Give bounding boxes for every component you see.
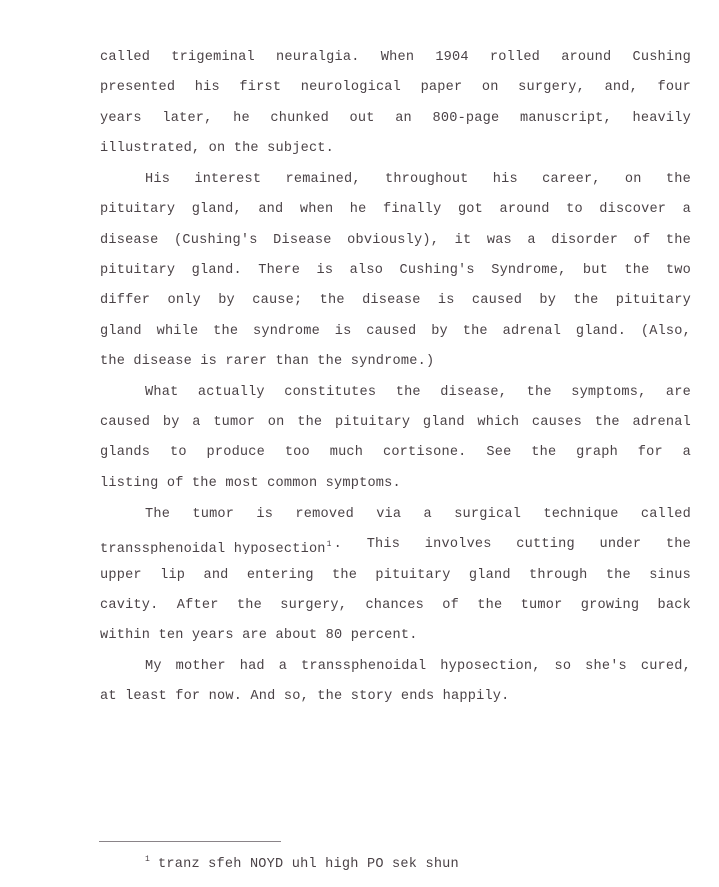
text-line: called trigeminal neuralgia. When 1904 r… (100, 49, 691, 67)
text-line: pituitary gland. There is also Cushing's… (100, 262, 691, 280)
text-line: What actually constitutes the disease, t… (145, 384, 691, 402)
text-line: cavity. After the surgery, chances of th… (100, 597, 691, 615)
text-line: illustrated, on the subject. (100, 140, 691, 158)
footnote-anchor-text: transsphenoidal hyposection1 (100, 536, 332, 554)
text-line: The tumor is removed via a surgical tech… (145, 506, 691, 524)
text-line: upper lip and entering the pituitary gla… (100, 567, 691, 585)
document-page: called trigeminal neuralgia. When 1904 r… (0, 0, 719, 887)
text-line: My mother had a transsphenoidal hyposect… (145, 658, 691, 676)
text-line: the disease is rarer than the syndrome.) (100, 353, 691, 371)
text-line: differ only by cause; the disease is cau… (100, 292, 691, 310)
text-line: pituitary gland, and when he finally got… (100, 201, 691, 219)
footnote-separator (99, 841, 281, 842)
text-line: at least for now. And so, the story ends… (100, 688, 691, 706)
text-line: caused by a tumor on the pituitary gland… (100, 414, 691, 432)
text-line: His interest remained, throughout his ca… (145, 171, 691, 189)
footnote-marker: 1 (145, 855, 150, 864)
line-remainder: . This involves cutting under the (334, 536, 691, 554)
text-line: listing of the most common symptoms. (100, 475, 691, 493)
footnote: 1tranz sfeh NOYD uhl high PO sek shun (145, 851, 459, 874)
text-line: gland while the syndrome is caused by th… (100, 323, 691, 341)
text-line: presented his first neurological paper o… (100, 79, 691, 97)
text-line: disease (Cushing's Disease obviously), i… (100, 232, 691, 250)
footnote-text: tranz sfeh NOYD uhl high PO sek shun (158, 857, 459, 872)
text-line: glands to produce too much cortisone. Se… (100, 444, 691, 462)
footnote-reference[interactable]: 1 (327, 540, 332, 549)
text-line: years later, he chunked out an 800-page … (100, 110, 691, 128)
text-line-with-footnote: transsphenoidal hyposection1 . This invo… (100, 536, 691, 554)
text-line: within ten years are about 80 percent. (100, 627, 691, 645)
